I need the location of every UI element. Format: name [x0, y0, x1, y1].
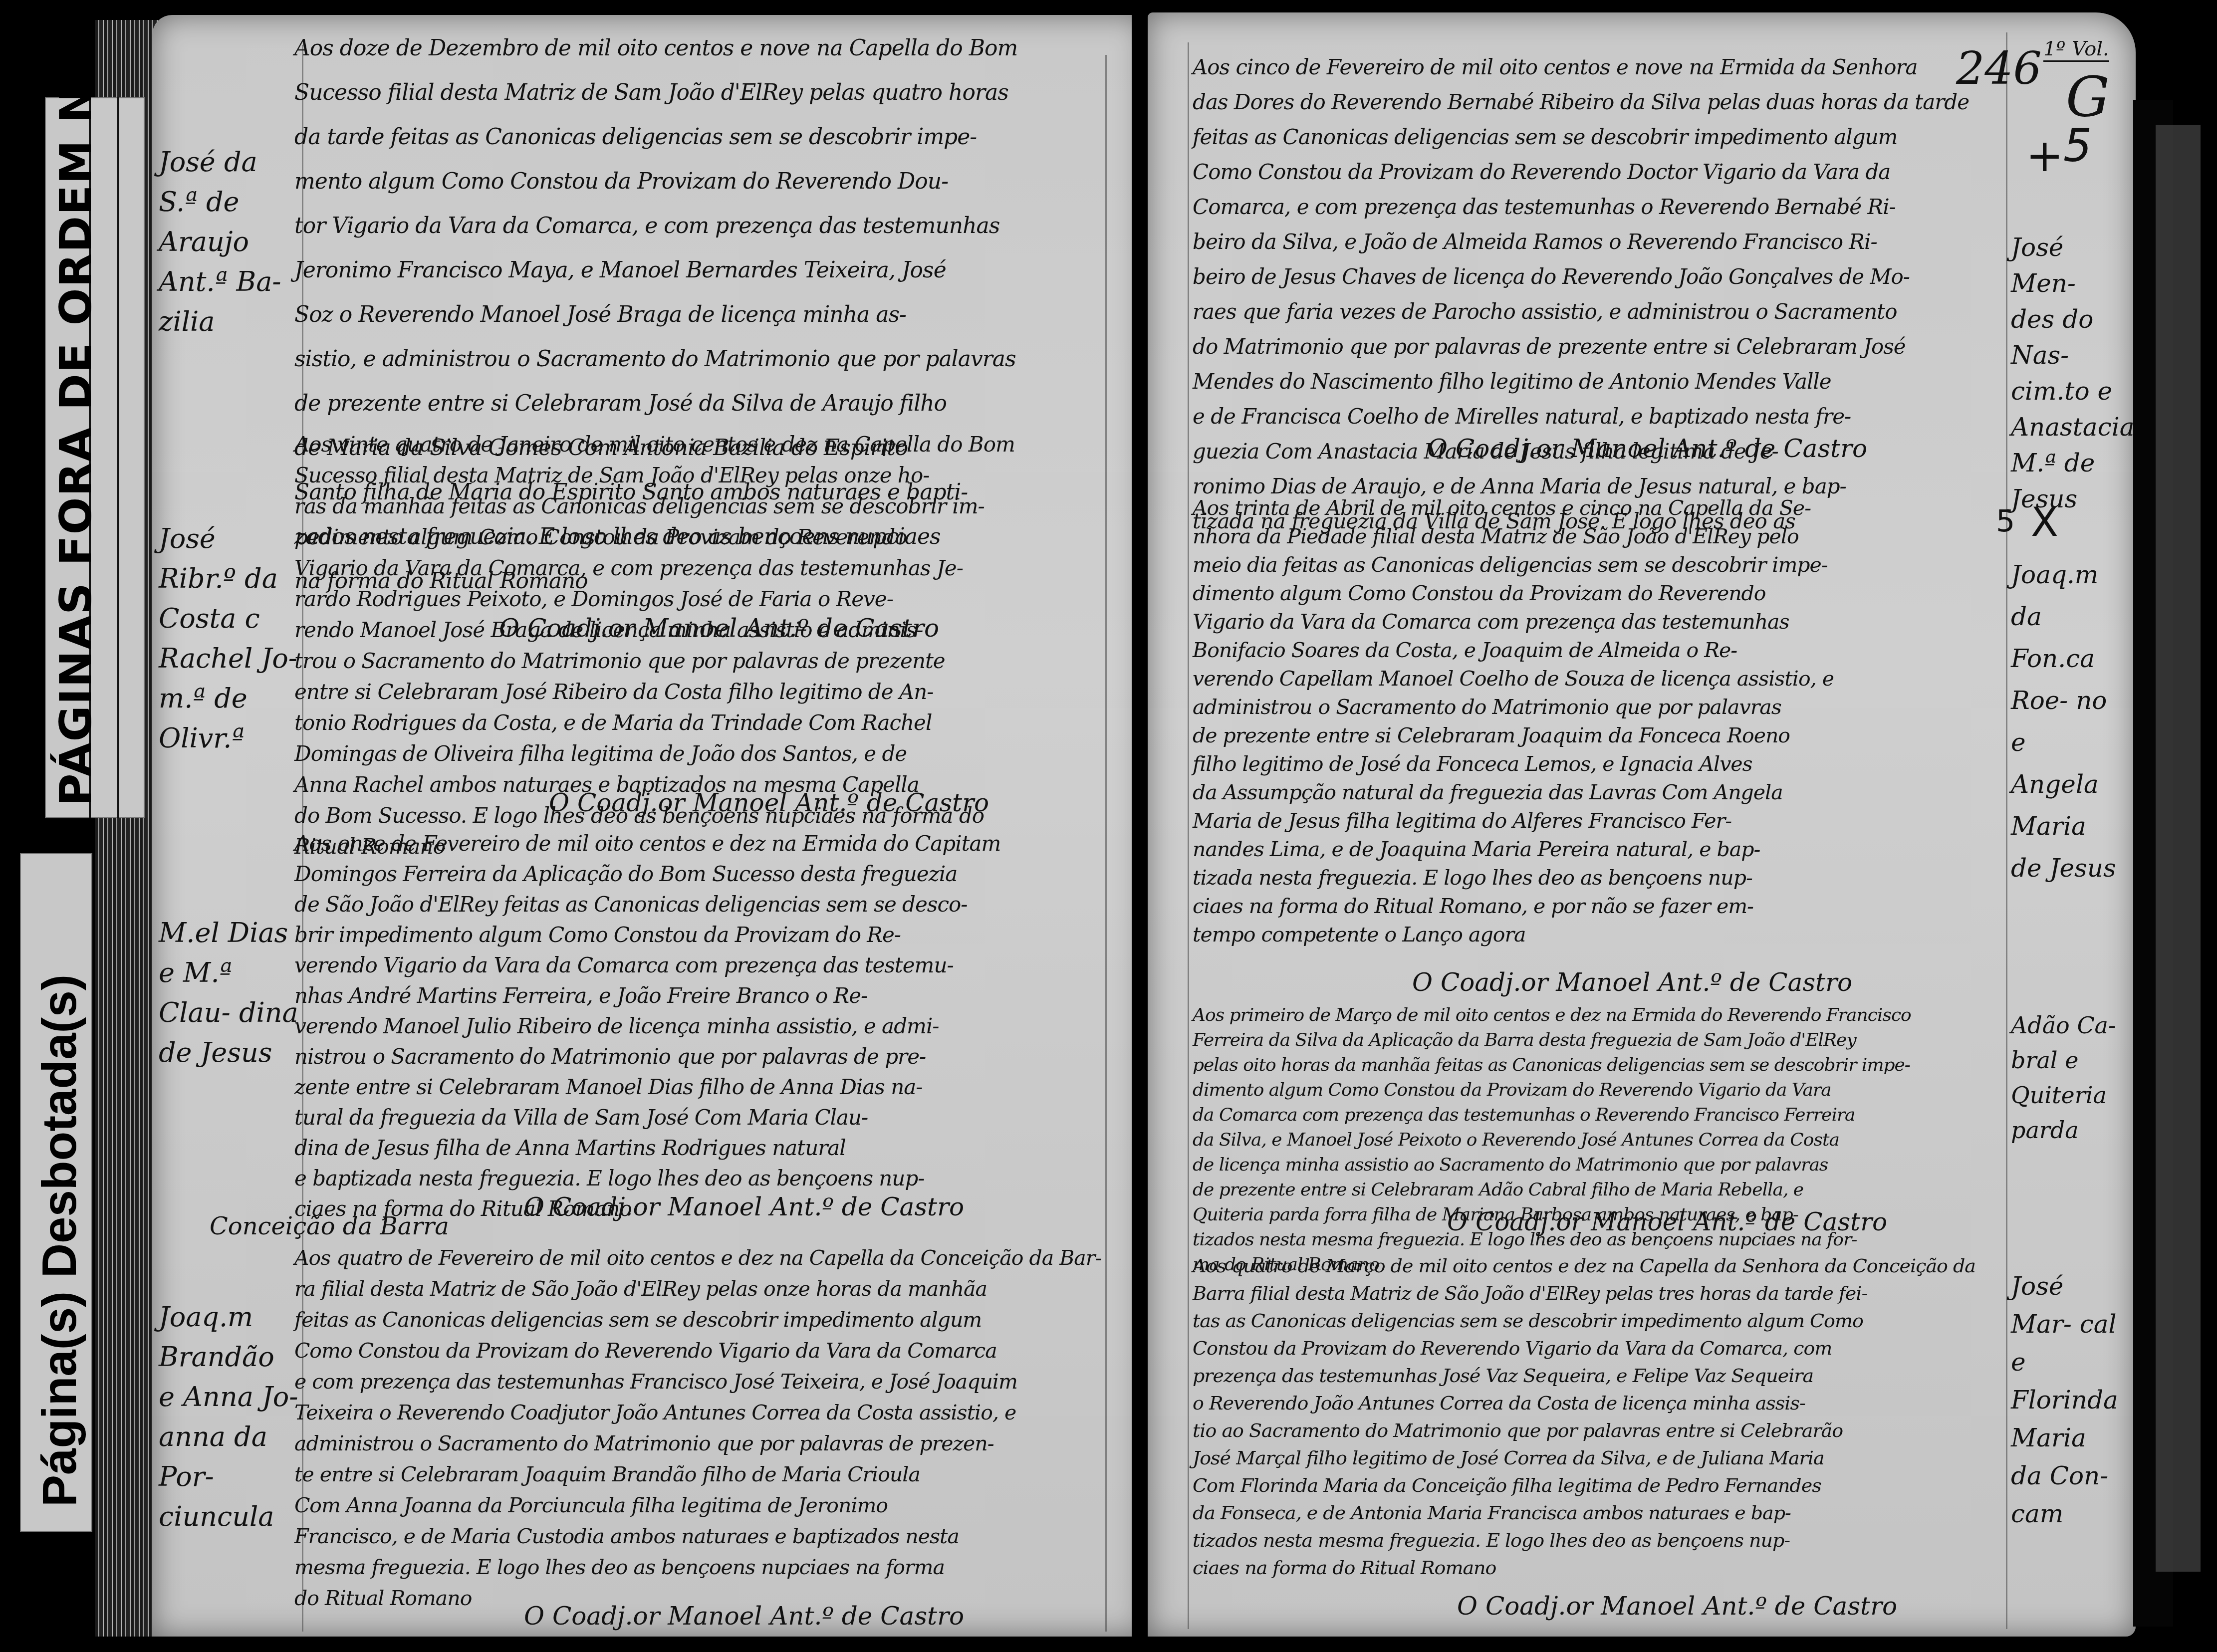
- margin-rule: [2006, 32, 2007, 1629]
- margin-note: Joaq.m Brandão e Anna Jo- anna da Por- c…: [159, 1297, 298, 1537]
- margin-rule: [1188, 42, 1189, 1629]
- signature: O Coadj.or Manoel Ant.º de Castro: [1412, 968, 1852, 997]
- margin-note: Adão Ca- bral e Quiteria parda: [2011, 1008, 2121, 1148]
- margin-note: José Men- des do Nas- cim.to e Anastacia…: [2011, 230, 2121, 517]
- cross-mark: +: [2026, 130, 2063, 182]
- faded-pages-label: Página(s) Desbotada(s): [20, 853, 92, 1532]
- next-page-shadow: [2156, 125, 2201, 1572]
- margin-note: Joaq.m da Fon.ca Roe- no e Angela Maria …: [2011, 554, 2121, 889]
- margin-note: José Ribr.º da Costa c Rachel Jo- m.ª de…: [159, 519, 298, 758]
- label-rule: [117, 97, 119, 818]
- margin-note: M.el Dias e M.ª Clau- dina de Jesus: [159, 913, 298, 1073]
- out-of-order-pages-label: PÁGINAS FORA DE ORDEM NUMÉRICA: [45, 97, 145, 818]
- tally-mark: 5: [2063, 120, 2092, 172]
- margin-note: José da S.ª de Araujo Ant.ª Ba- zilia: [159, 142, 298, 342]
- margin-note: José Mar- cal e Florinda Maria da Con- c…: [2011, 1267, 2121, 1533]
- volume-note: 1º Vol.: [2043, 37, 2109, 62]
- signature: O Coadj.or Manoel Ant.º de Castro: [1447, 1207, 1887, 1236]
- signature: O Coadj.or Manoel Ant.º de Castro: [549, 788, 989, 817]
- signature: O Coadj.or Manoel Ant.º de Castro: [1457, 1592, 1897, 1621]
- signature: O Coadj.or Manoel Ant.º de Castro: [524, 1602, 964, 1631]
- register-entry: Aos cinco de Fevereiro de mil oito cento…: [1193, 50, 2001, 539]
- out-of-order-pages-text: PÁGINAS FORA DE ORDEM NUMÉRICA: [50, 0, 101, 806]
- signature: O Coadj.or Manoel Ant.º de Castro: [1427, 434, 1867, 463]
- cross-mark: X: [2031, 499, 2058, 545]
- register-entry: Aos quatro de Fevereiro de mil oito cent…: [294, 1242, 1133, 1614]
- register-entry: Aos onze de Fevereiro de mil oito centos…: [294, 828, 1133, 1224]
- faded-pages-text: Página(s) Desbotada(s): [32, 974, 87, 1507]
- register-entry: Aos trinta de Abril de mil oito centos e…: [1193, 494, 2001, 949]
- signature: O Coadj.or Manoel Ant.º de Castro: [524, 1192, 964, 1221]
- emblem-mark: G: [2066, 65, 2110, 129]
- scanned-register-spread: José da S.ª de Araujo Ant.ª Ba- zilia Ao…: [0, 0, 2217, 1652]
- section-heading: Conceição da Barra: [210, 1212, 449, 1240]
- register-entry: Aos quatro de Março de mil oito centos e…: [1193, 1252, 2001, 1582]
